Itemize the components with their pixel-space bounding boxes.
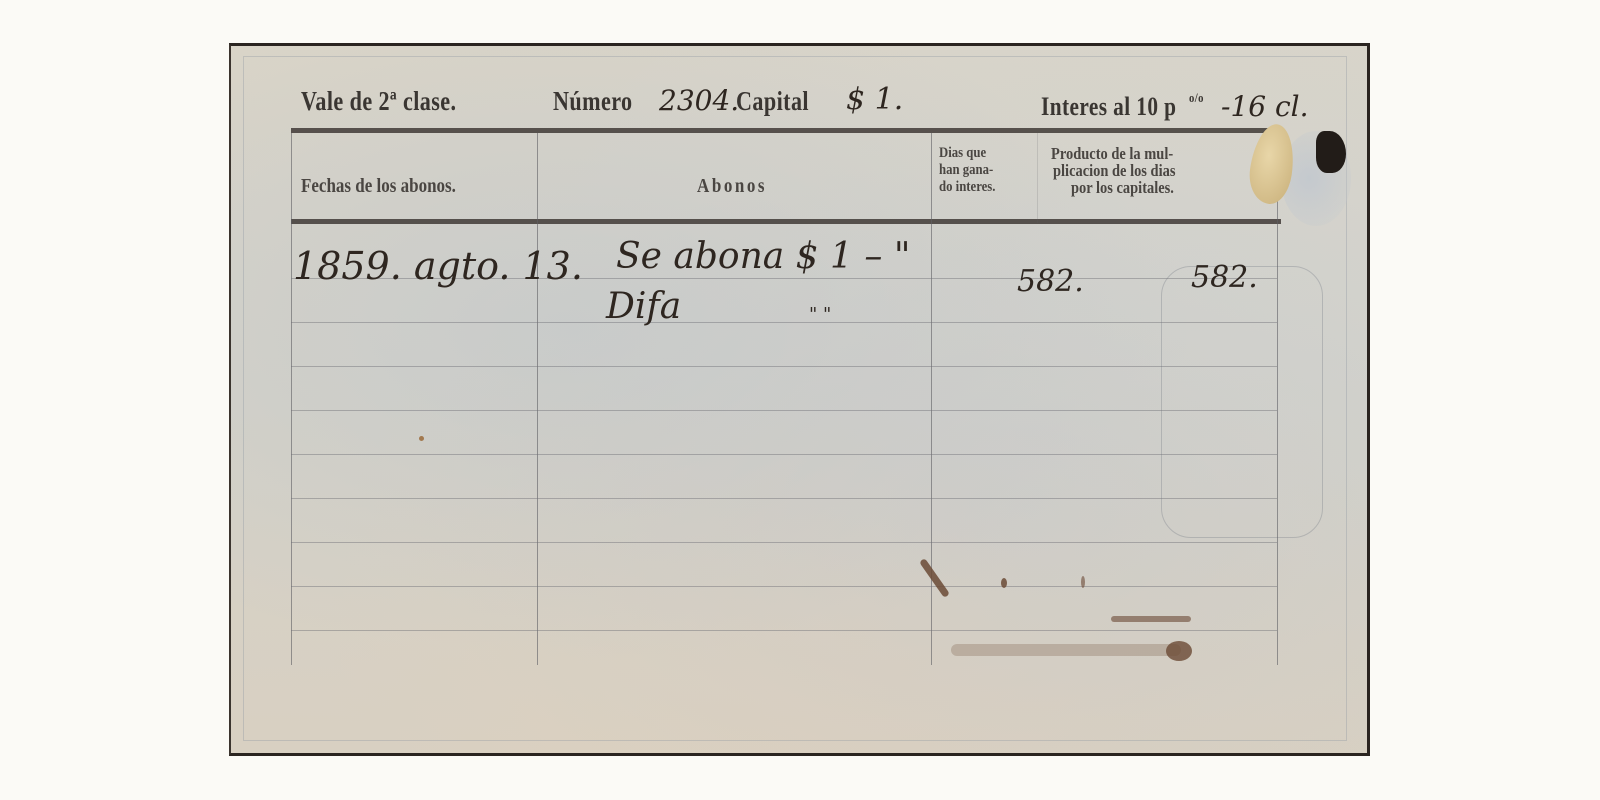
vale-document: Vale de 2ª clase. Número 2304. Capital $… — [229, 43, 1370, 756]
column-header-fechas: Fechas de los abonos. — [301, 176, 456, 196]
numero-label: Número — [553, 86, 633, 117]
column-line — [1277, 133, 1278, 665]
header-top-rule — [291, 128, 1281, 133]
interes-label: Interes al 10 p — [1041, 92, 1176, 122]
ink-stain — [1001, 578, 1007, 588]
header-bottom-rule — [291, 219, 1281, 224]
numero-value: 2304. — [659, 84, 739, 117]
entry-abono-line1: Se abona $ 1 – " — [616, 236, 910, 277]
row-line — [291, 498, 1277, 499]
entry-abono-ditto: " " — [809, 304, 831, 325]
ink-smear — [951, 644, 1181, 656]
ink-stain — [1111, 616, 1191, 622]
column-header-dias-3: do interes. — [939, 180, 995, 195]
column-header-dias-2: han gana- — [939, 163, 993, 178]
column-header-producto-3: por los capitales. — [1071, 180, 1174, 195]
row-line — [291, 410, 1277, 411]
capital-label: Capital — [736, 86, 809, 117]
spot — [419, 436, 424, 441]
row-line — [291, 542, 1277, 543]
row-line — [291, 366, 1277, 367]
ink-blot — [1166, 641, 1192, 661]
interes-value: -16 cl. — [1221, 90, 1309, 123]
row-line — [291, 322, 1277, 323]
entry-producto: 582. — [1191, 260, 1258, 295]
entry-abono-line2: Difa — [606, 286, 681, 327]
column-header-producto-2: plicacion de los dias — [1053, 163, 1175, 178]
column-line — [1037, 133, 1038, 223]
entry-dias: 582. — [1017, 264, 1084, 299]
column-header-producto-1: Producto de la mul- — [1051, 146, 1173, 161]
paper-tear — [1316, 131, 1346, 173]
row-line — [291, 454, 1277, 455]
column-header-abonos: Abonos — [697, 176, 767, 196]
capital-value: $ 1. — [846, 82, 903, 117]
row-line — [291, 586, 1277, 587]
interes-percent-sign: o/o — [1189, 90, 1204, 106]
row-line — [291, 630, 1277, 631]
column-header-dias-1: Dias que — [939, 146, 986, 161]
entry-fecha: 1859. agto. 13. — [293, 244, 583, 288]
ink-stain — [1081, 576, 1085, 588]
ink-stain — [919, 558, 950, 598]
document-title: Vale de 2ª clase. — [301, 86, 456, 117]
